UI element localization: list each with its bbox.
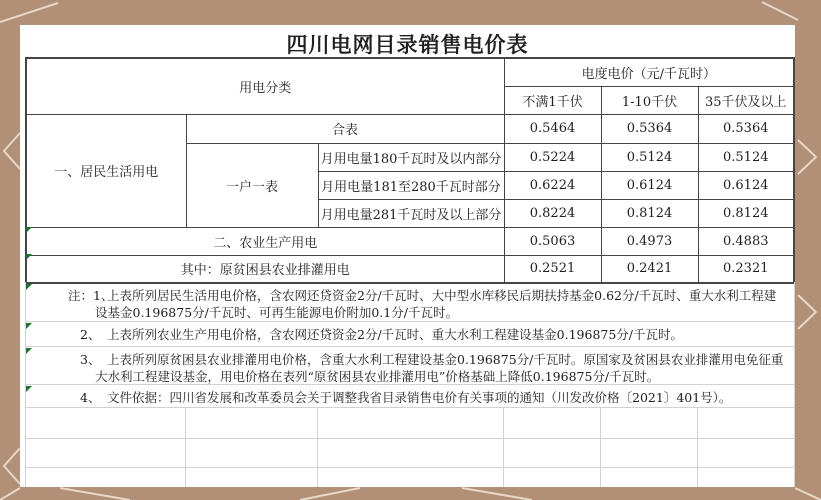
price-cell: 0.5063 bbox=[504, 227, 601, 255]
frame-miter-bottom-left bbox=[0, 488, 20, 500]
note-text: 上表所列居民生活用电价格，含农网还贷资金2分/千瓦时、大中型水库移民后期扶持基金… bbox=[25, 283, 795, 321]
row-combined-meter: 一、居民生活用电 合表 0.5464 0.5364 0.5364 bbox=[26, 114, 794, 143]
price-cell: 0.5124 bbox=[601, 143, 698, 171]
note-row-3: 3、 上表所列原贫困县农业排灌用电价格，含重大水利工程建设基金0.196875分… bbox=[25, 347, 795, 385]
price-cell: 0.4973 bbox=[601, 227, 698, 255]
gridline bbox=[600, 408, 601, 487]
note-marker: 4、 bbox=[80, 389, 100, 406]
price-cell: 0.5464 bbox=[504, 114, 601, 143]
row-agriculture: 二、农业生产用电 0.5063 0.4973 0.4883 bbox=[26, 227, 794, 255]
cell-agriculture-label: 二、农业生产用电 bbox=[26, 227, 504, 255]
frame-chevron-left-lower bbox=[4, 448, 20, 484]
price-cell: 0.8124 bbox=[601, 199, 698, 227]
price-cell: 0.5224 bbox=[504, 143, 601, 171]
gridline bbox=[25, 438, 795, 439]
header-voltage-1-10kv: 1-10千伏 bbox=[601, 86, 698, 114]
frame-bottom-diagonal-3 bbox=[462, 488, 532, 500]
gridline bbox=[503, 408, 504, 487]
frame-chevron-right-upper bbox=[798, 140, 816, 174]
gridline bbox=[317, 408, 318, 487]
cell-error-triangle-icon bbox=[26, 227, 32, 233]
price-cell: 0.5364 bbox=[601, 114, 698, 143]
cell-residential-label: 一、居民生活用电 bbox=[26, 114, 186, 227]
page-title: 四川电网目录销售电价表 bbox=[20, 29, 795, 57]
header-voltage-under1kv: 不满1千伏 bbox=[504, 86, 601, 114]
frame-miter-top-left bbox=[0, 3, 58, 22]
note-text: 上表所列农业生产用电价格，含农网还贷资金2分/千瓦时、重大水利工程建设基金0.1… bbox=[25, 322, 795, 343]
cell-single-meter-label: 一户一表 bbox=[186, 143, 318, 227]
frame-bottom-diagonal-2 bbox=[300, 488, 360, 500]
cell-combined-meter-label: 合表 bbox=[186, 114, 504, 143]
note-text: 上表所列原贫困县农业排灌用电价格，含重大水利工程建设基金0.196875分/千瓦… bbox=[25, 347, 795, 385]
price-cell: 0.8124 bbox=[698, 199, 794, 227]
gridline bbox=[794, 282, 795, 487]
spreadsheet-page: 四川电网目录销售电价表 用电分类 电度电价（元/千瓦时） 不满1千伏 1-10千… bbox=[20, 25, 795, 487]
gridline bbox=[25, 282, 26, 487]
price-cell: 0.6124 bbox=[601, 171, 698, 199]
frame-chevron-left-upper bbox=[4, 133, 20, 169]
frame-bottom-diagonal-1 bbox=[60, 488, 130, 500]
note-text: 文件依据：四川省发展和改革委员会关于调整我省目录销售电价有关事项的通知（川发改价… bbox=[25, 385, 795, 406]
cell-agriculture-sub-label: 其中：原贫困县农业排灌用电 bbox=[26, 255, 504, 283]
price-cell: 0.4883 bbox=[698, 227, 794, 255]
price-cell: 0.2421 bbox=[601, 255, 698, 283]
price-table: 用电分类 电度电价（元/千瓦时） 不满1千伏 1-10千伏 35千伏及以上 一、… bbox=[25, 57, 795, 284]
gridline bbox=[697, 408, 698, 487]
price-cell: 0.2321 bbox=[698, 255, 794, 283]
header-classification: 用电分类 bbox=[26, 58, 504, 114]
price-cell: 0.6124 bbox=[698, 171, 794, 199]
cell-tier-3-label: 月用电量281千瓦时及以上部分 bbox=[318, 199, 504, 227]
frame-miter-top-right bbox=[762, 2, 798, 20]
row-agriculture-sub: 其中：原贫困县农业排灌用电 0.2521 0.2421 0.2321 bbox=[26, 255, 794, 283]
header-row-1: 用电分类 电度电价（元/千瓦时） bbox=[26, 58, 794, 86]
price-cell: 0.6224 bbox=[504, 171, 601, 199]
price-cell: 0.2521 bbox=[504, 255, 601, 283]
price-cell: 0.5124 bbox=[698, 143, 794, 171]
cell-error-triangle-icon bbox=[26, 254, 32, 260]
cell-tier-2-label: 月用电量181至280千瓦时部分 bbox=[318, 171, 504, 199]
note-marker: 3、 bbox=[80, 351, 100, 368]
note-row-1: 注：1、 上表所列居民生活用电价格，含农网还贷资金2分/千瓦时、大中型水库移民后… bbox=[25, 283, 795, 322]
note-marker: 注：1、 bbox=[68, 287, 113, 304]
price-cell: 0.8224 bbox=[504, 199, 601, 227]
cell-error-triangle-icon bbox=[26, 386, 32, 392]
header-voltage-35kv-up: 35千伏及以上 bbox=[698, 86, 794, 114]
frame-chevron-right-lower bbox=[798, 295, 816, 329]
cell-error-triangle-icon bbox=[26, 348, 32, 354]
cell-tier-1-label: 月用电量180千瓦时及以内部分 bbox=[318, 143, 504, 171]
gridline bbox=[25, 467, 795, 468]
header-price-group: 电度电价（元/千瓦时） bbox=[504, 58, 794, 86]
note-row-4: 4、 文件依据：四川省发展和改革委员会关于调整我省目录销售电价有关事项的通知（川… bbox=[25, 385, 795, 408]
cell-error-triangle-icon bbox=[26, 323, 32, 329]
note-row-2: 2、 上表所列农业生产用电价格，含农网还贷资金2分/千瓦时、重大水利工程建设基金… bbox=[25, 322, 795, 347]
cell-error-triangle-icon bbox=[26, 284, 32, 290]
price-cell: 0.5364 bbox=[698, 114, 794, 143]
framed-spreadsheet-screenshot: { "title": "四川电网目录销售电价表", "table": { "he… bbox=[0, 0, 821, 500]
gridline bbox=[185, 408, 186, 487]
note-marker: 2、 bbox=[80, 326, 100, 343]
frame-miter-bottom-right bbox=[795, 488, 821, 500]
